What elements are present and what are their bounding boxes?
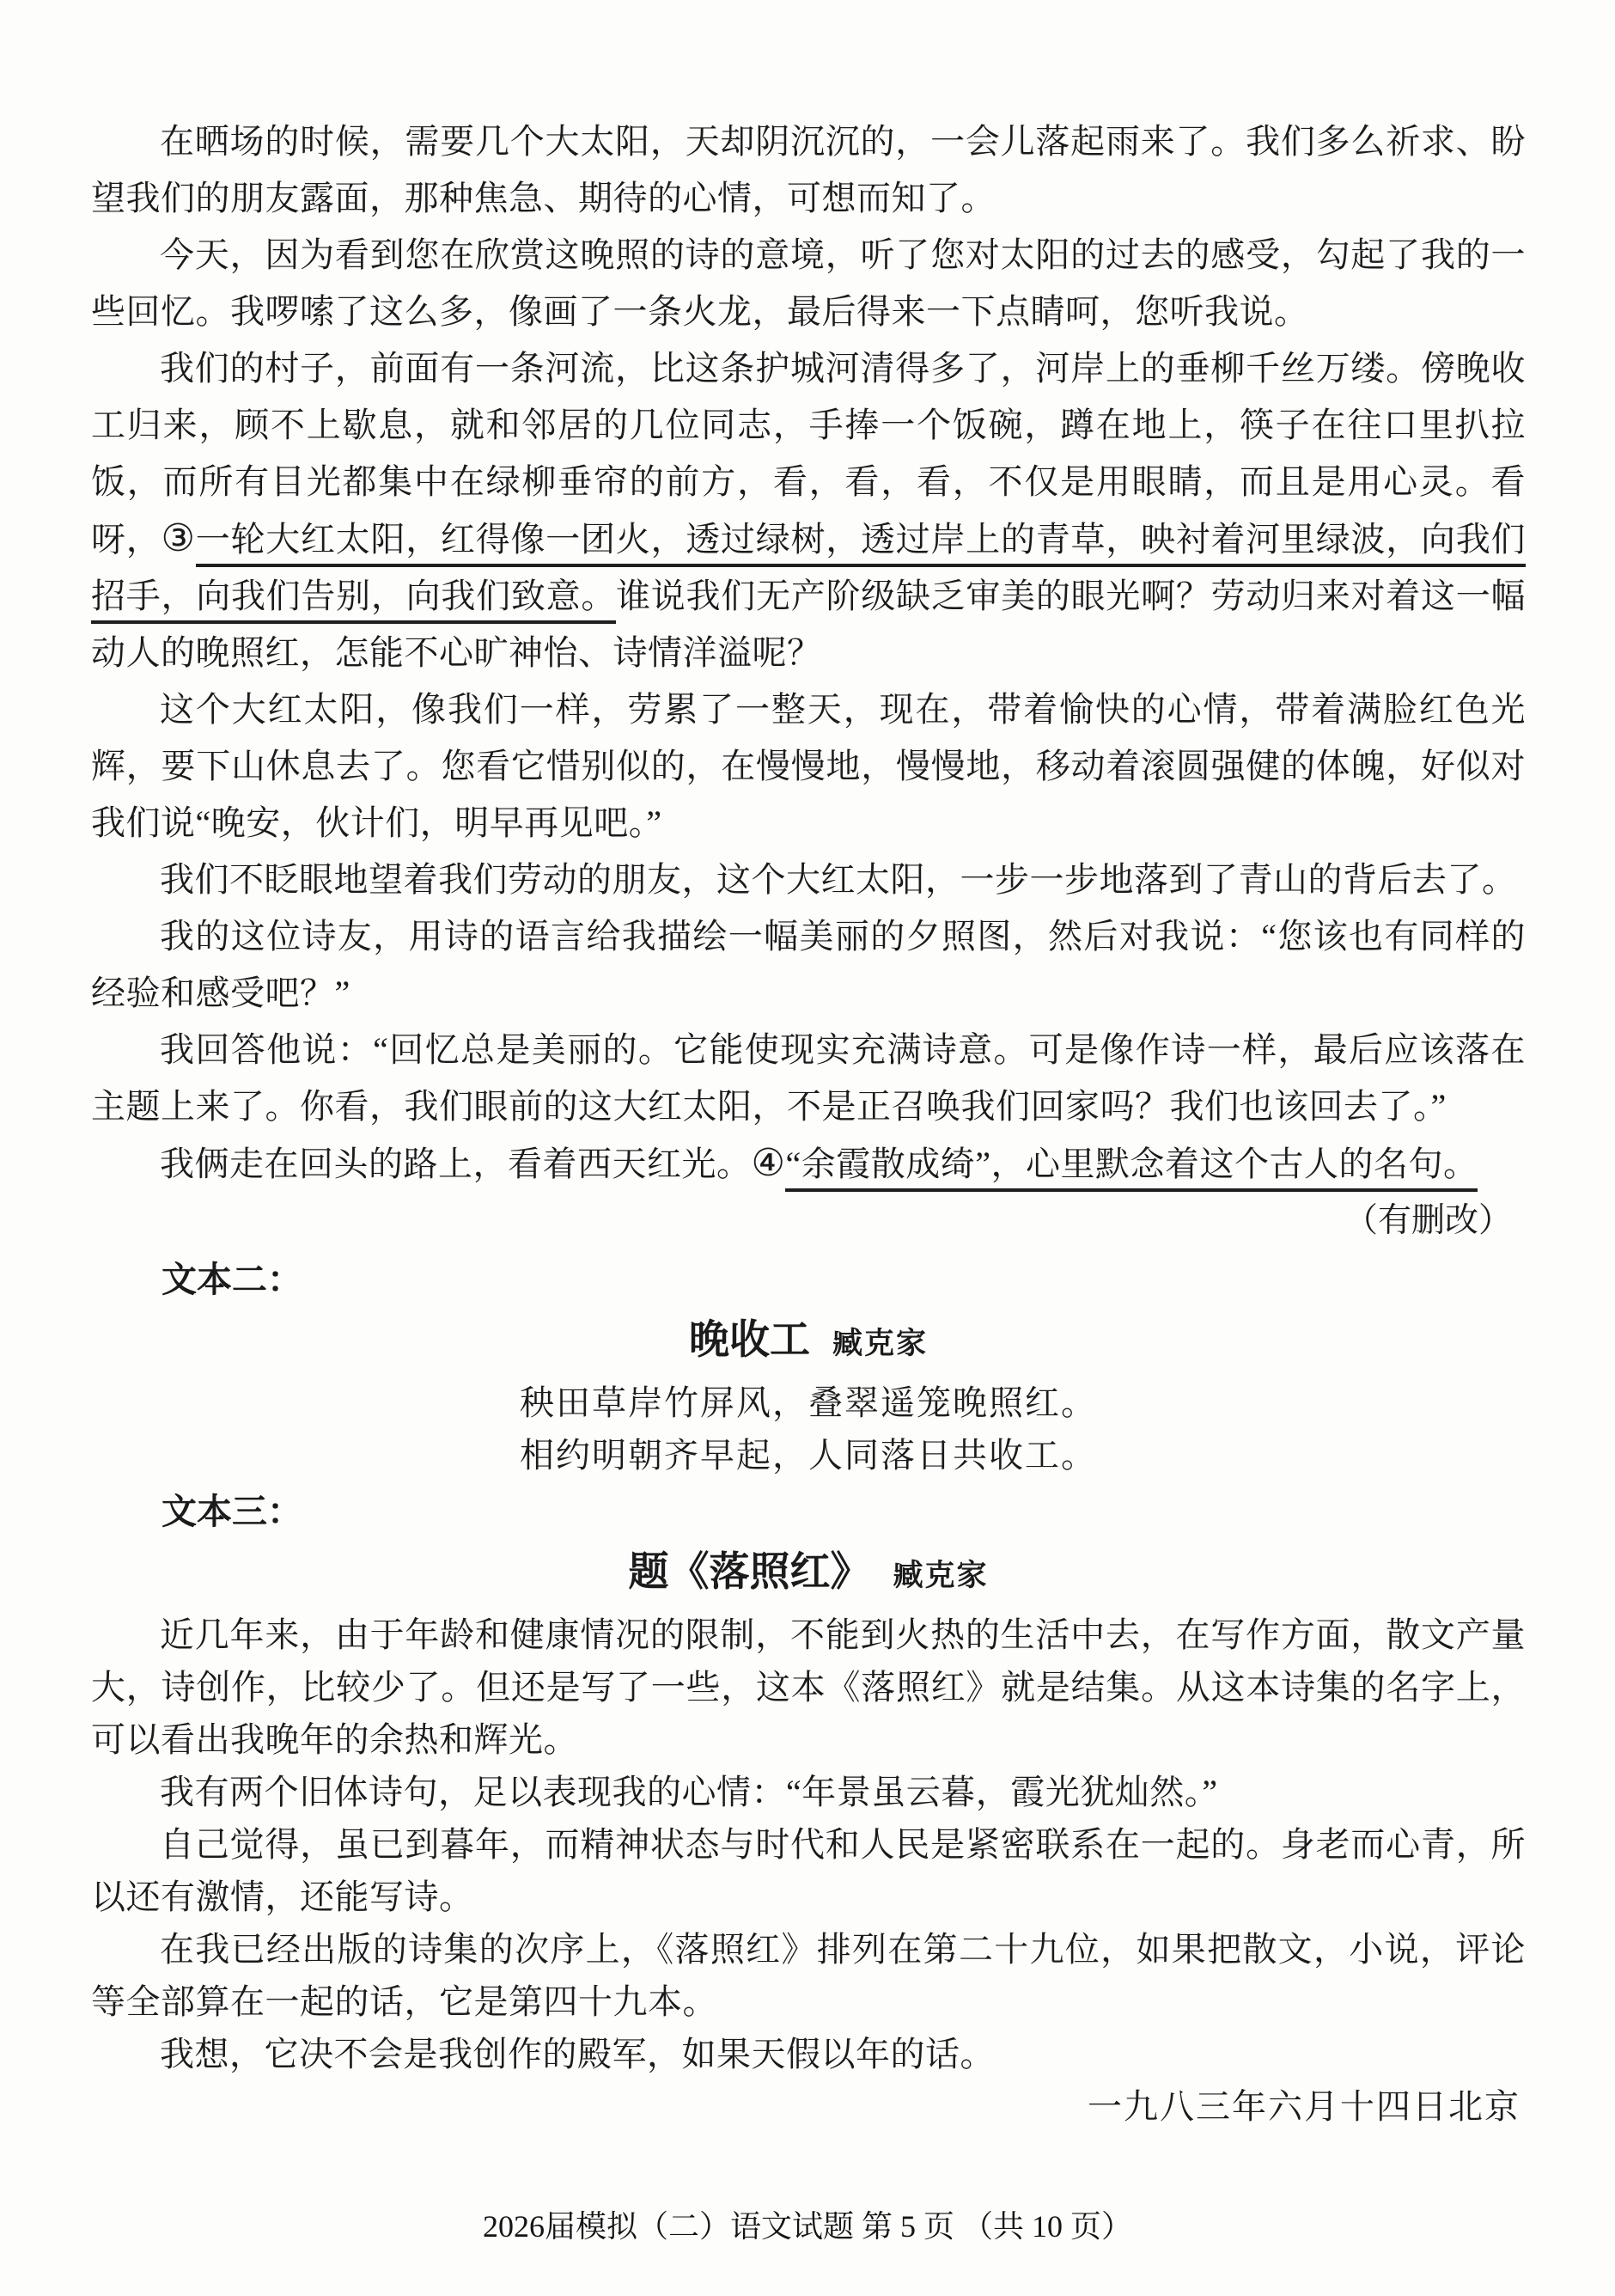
- text-one-paragraph-5: 我们不眨眼地望着我们劳动的朋友，这个大红太阳，一步一步地落到了青山的背后去了。: [91, 852, 1526, 908]
- poem-title-block: 晚收工臧克家: [91, 1310, 1526, 1375]
- text-one-section: 在晒场的时候，需要几个大太阳，天却阴沉沉的，一会儿落起雨来了。我们多么祈求、盼望…: [91, 113, 1526, 1249]
- text-one-paragraph-7: 我回答他说：“回忆总是美丽的。它能使现实充满诗意。可是像作诗一样，最后应该落在主…: [91, 1022, 1526, 1135]
- essay-title-block: 题《落照红》臧克家: [91, 1542, 1526, 1607]
- underlined-passage-4: “余霞散成绮”，心里默念着这个古人的名句。: [785, 1145, 1478, 1192]
- text-one-paragraph-4: 这个大红太阳，像我们一样，劳累了一整天，现在，带着愉快的心情，带着满脸红色光辉，…: [91, 681, 1526, 852]
- text-three-label: 文本三：: [91, 1485, 1526, 1538]
- poem-line-1: 秧田草岸竹屏风，叠翠遥笼晚照红。: [91, 1377, 1526, 1429]
- text-three-paragraph-2: 我有两个旧体诗句，足以表现我的心情：“年景虽云暮，霞光犹灿然。”: [91, 1766, 1526, 1818]
- text-two-label: 文本二：: [91, 1253, 1526, 1306]
- edit-note: （有删改）: [91, 1193, 1526, 1249]
- text-one-paragraph-3: 我们的村子，前面有一条河流，比这条护城河清得多了，河岸上的垂柳千丝万缕。傍晚收工…: [91, 340, 1526, 681]
- poem-author: 臧克家: [832, 1327, 928, 1360]
- page-content: 在晒场的时候，需要几个大太阳，天却阴沉沉的，一会儿落起雨来了。我们多么祈求、盼望…: [91, 113, 1526, 2134]
- essay-date-place: 一九八三年六月十四日北京: [91, 2080, 1526, 2134]
- essay-title: 题《落照红》: [628, 1550, 870, 1595]
- text-two-section: 文本二： 晚收工臧克家 秧田草岸竹屏风，叠翠遥笼晚照红。 相约明朝齐早起，人同落…: [91, 1253, 1526, 1481]
- text-three-paragraph-1: 近几年来，由于年龄和健康情况的限制，不能到火热的生活中去，在写作方面，散文产量大…: [91, 1609, 1526, 1766]
- exam-paper-page: 在晒场的时候，需要几个大太阳，天却阴沉沉的，一会儿落起雨来了。我们多么祈求、盼望…: [0, 0, 1615, 2296]
- text-three-paragraph-5: 我想，它决不会是我创作的殿军，如果天假以年的话。: [91, 2028, 1526, 2080]
- paragraph-8-pre-text: 我俩走在回头的路上，看着西天红光。: [160, 1145, 752, 1183]
- poem-line-2: 相约明朝齐早起，人同落日共收工。: [91, 1429, 1526, 1481]
- text-one-paragraph-6: 我的这位诗友，用诗的语言给我描绘一幅美丽的夕照图，然后对我说：“您该也有同样的经…: [91, 908, 1526, 1022]
- text-three-paragraph-4: 在我已经出版的诗集的次序上，《落照红》排列在第二十九位，如果把散文，小说，评论等…: [91, 1923, 1526, 2028]
- page-footer: 2026届模拟（二）语文试题 第 5 页 （共 10 页）: [0, 2202, 1615, 2246]
- text-three-paragraph-3: 自己觉得，虽已到暮年，而精神状态与时代和人民是紧密联系在一起的。身老而心青，所以…: [91, 1818, 1526, 1923]
- poem-title: 晚收工: [689, 1318, 810, 1363]
- circled-number-4-marker: ④: [752, 1142, 786, 1184]
- text-one-paragraph-1: 在晒场的时候，需要几个大太阳，天却阴沉沉的，一会儿落起雨来了。我们多么祈求、盼望…: [91, 113, 1526, 227]
- text-one-paragraph-2: 今天，因为看到您在欣赏这晚照的诗的意境，听了您对太阳的过去的感受，勾起了我的一些…: [91, 227, 1526, 340]
- essay-author: 臧克家: [893, 1559, 988, 1592]
- text-one-paragraph-8: 我俩走在回头的路上，看着西天红光。④“余霞散成绮”，心里默念着这个古人的名句。: [91, 1135, 1526, 1193]
- text-three-section: 文本三： 题《落照红》臧克家 近几年来，由于年龄和健康情况的限制，不能到火热的生…: [91, 1485, 1526, 2134]
- circled-number-3-marker: ③: [161, 517, 196, 559]
